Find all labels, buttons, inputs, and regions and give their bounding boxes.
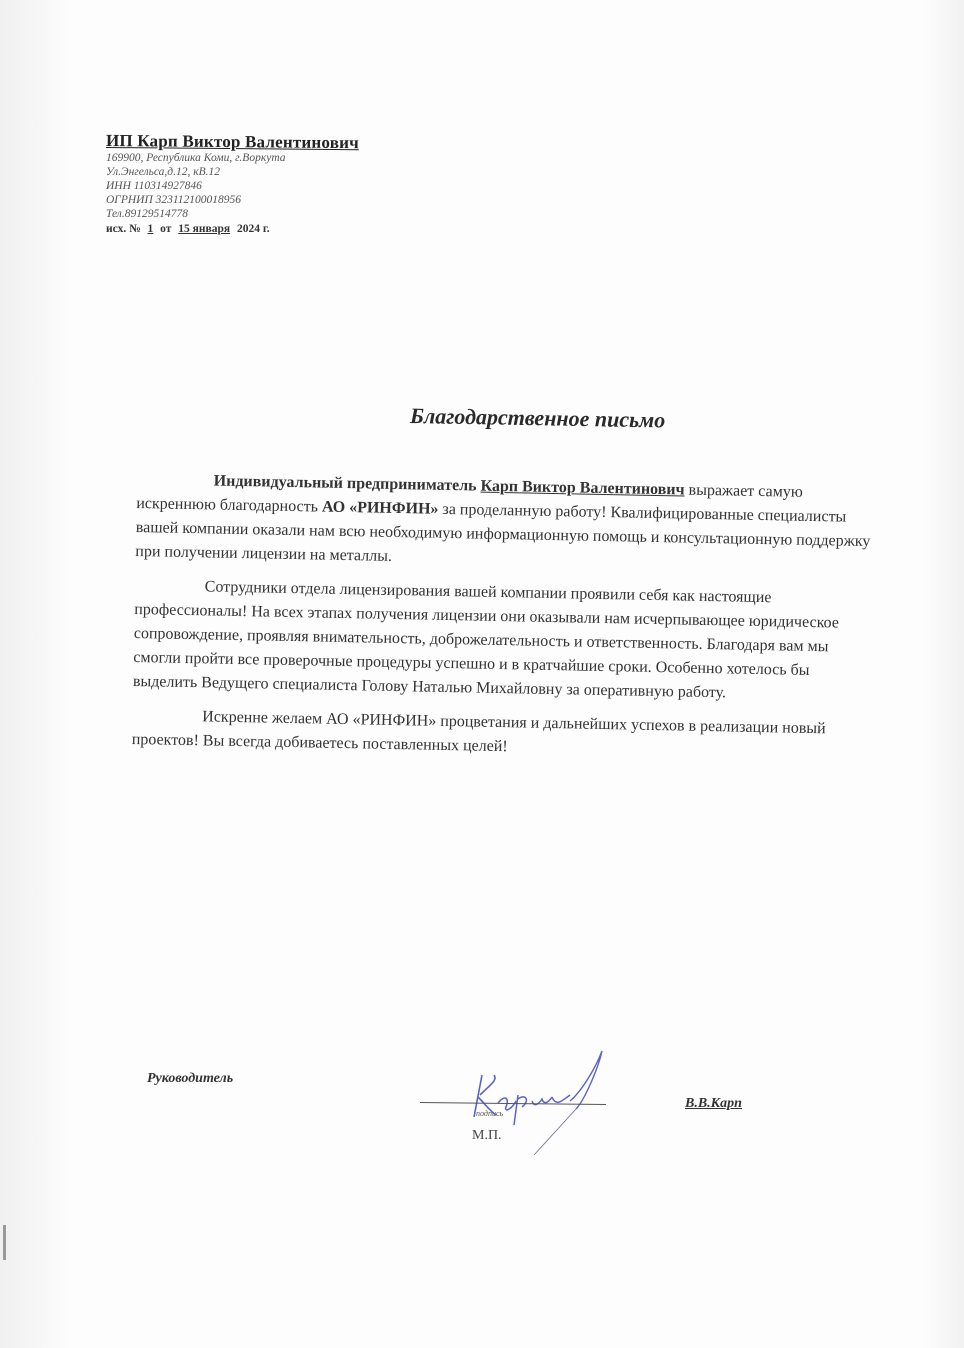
- phone: Тел.89129514778: [106, 207, 359, 221]
- outgoing-from: от: [160, 223, 171, 235]
- signer-name: В.В.Карп: [685, 1096, 742, 1112]
- outgoing-prefix: исх. №: [106, 223, 141, 235]
- handwritten-signature-icon: [460, 1045, 620, 1155]
- letterhead: ИП Карп Виктор Валентинович 169900, Респ…: [106, 131, 359, 235]
- outgoing-number: исх. № 1 от 15 января 2024 г.: [106, 223, 359, 235]
- signature-caption: подпись: [476, 1109, 503, 1118]
- stamp-placeholder: М.П.: [472, 1128, 502, 1144]
- scan-artifact: [3, 1225, 6, 1260]
- paragraph-2: Сотрудники отдела лицензирования вашей к…: [133, 574, 875, 708]
- position-label: Руководитель: [147, 1071, 233, 1087]
- paragraph-1: Индивидуальный предприниматель Карп Викт…: [135, 468, 877, 578]
- ogrnip: ОГРНИП 323112100018956: [106, 193, 359, 207]
- scan-edge-shadow-left: [0, 0, 70, 1348]
- outgoing-date: 15 января: [174, 223, 234, 235]
- inn: ИНН 110314927846: [106, 179, 359, 193]
- outgoing-year: 2024 г.: [237, 223, 270, 235]
- lead-text: Индивидуальный предприниматель: [214, 472, 477, 494]
- outgoing-number-value: 1: [144, 223, 158, 235]
- scan-edge-shadow-right: [924, 0, 964, 1348]
- letter-title: Благодарственное письмо: [410, 403, 666, 433]
- address-line-1: 169900, Республика Коми, г.Воркута: [106, 151, 359, 165]
- entrepreneur-name: Карп Виктор Валентинович: [480, 478, 684, 499]
- org-name: ИП Карп Виктор Валентинович: [106, 131, 359, 153]
- signature-line: [420, 1102, 606, 1105]
- letter-body: Индивидуальный предприниматель Карп Викт…: [131, 468, 877, 776]
- company-name: АО «РИНФИН»: [322, 499, 439, 518]
- address-line-2: Ул.Энгельса,д.12, кВ.12: [106, 165, 359, 179]
- paragraph-3: Искренне желаем АО «РИНФИН» процветания …: [132, 704, 873, 766]
